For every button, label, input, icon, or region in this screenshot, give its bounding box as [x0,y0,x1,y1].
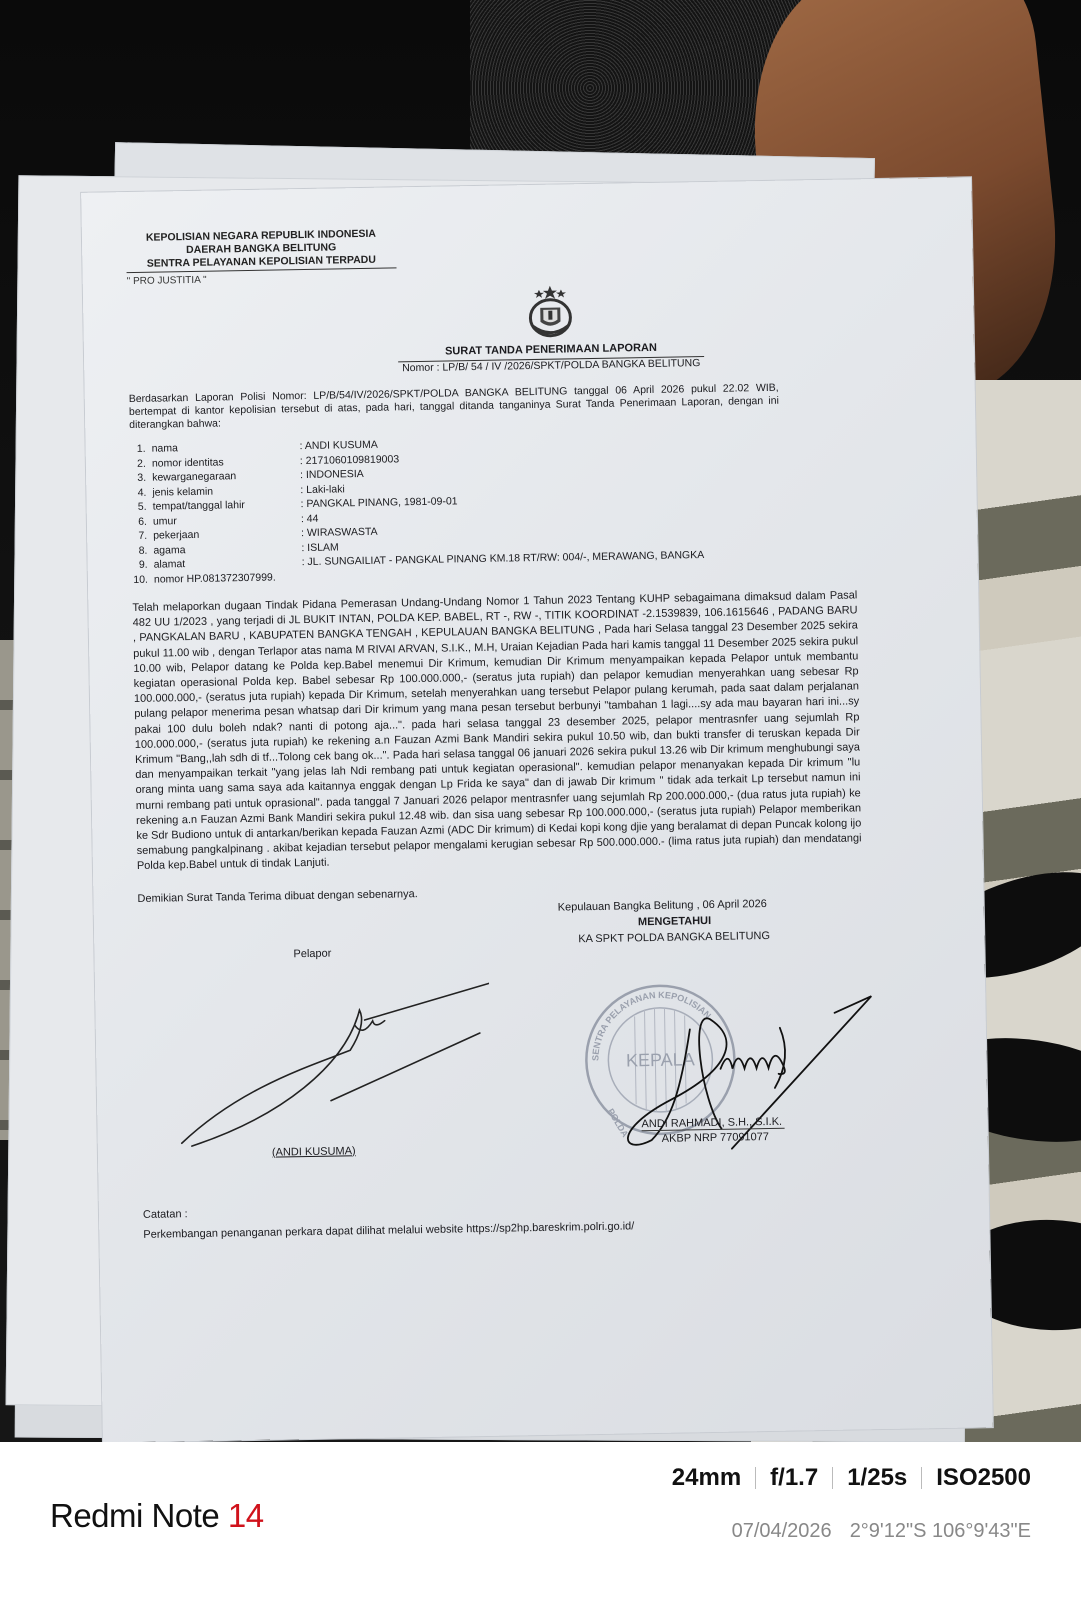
iso: ISO2500 [936,1464,1031,1492]
capture-metadata: 07/04/2026 2°9'12"S 106°9'43"E [732,1520,1031,1543]
field-label: alamat [154,556,302,571]
aperture: f/1.7 [770,1464,818,1492]
camera-brand: Redmi Note 14 [50,1497,264,1535]
latitude: 2°9'12"S [850,1520,927,1542]
field-number: 1. [130,443,152,455]
field-label: nama [152,440,300,455]
officer-title: KA SPKT POLDA BANGKA BELITUNG [578,930,770,945]
divider [755,1467,756,1489]
divider [832,1467,833,1489]
reporter-identity-list: 1.nama: ANDI KUSUMA2.nomor identitas: 21… [130,428,938,587]
field-number: 2. [130,457,152,469]
longitude: 106°9'43"E [932,1520,1031,1542]
capture-date: 07/04/2026 [732,1520,832,1543]
field-label: pekerjaan [153,527,301,542]
field-number: 10. [132,573,154,585]
document-title-block: SURAT TANDA PENERIMAAN LAPORAN Nomor : L… [148,337,954,381]
officer-name: ANDI RAHMADI, S.H., S.I.K. [641,1115,784,1130]
place-and-date: Kepulauan Bangka Belitung , 06 April 202… [558,898,767,914]
signature-area: Kepulauan Bangka Belitung , 06 April 202… [138,895,949,1209]
incident-description: Telah melaporkan dugaan Tindak Pidana Pe… [132,588,862,874]
field-number: 9. [132,559,154,571]
exif-info: 24mm f/1.7 1/25s ISO2500 [672,1464,1031,1492]
field-label: umur [153,513,301,528]
field-number: 6. [131,515,153,527]
shutter-speed: 1/25s [847,1464,907,1492]
field-label: nomor identitas [152,455,300,470]
field-number: 4. [130,486,152,498]
paper-stack: KEPOLISIAN NEGARA REPUBLIK INDONESIA DAE… [22,150,1012,1440]
letterhead: KEPOLISIAN NEGARA REPUBLIK INDONESIA DAE… [126,227,397,273]
document-number: Nomor : LP/B/ 54 / IV /2026/SPKT/POLDA B… [398,356,704,374]
camera-watermark: Redmi Note 14 24mm f/1.7 1/25s ISO2500 0… [0,1442,1081,1600]
field-label: tempat/tanggal lahir [153,498,301,513]
field-label: jenis kelamin [152,484,300,499]
polri-emblem-icon [520,285,581,340]
field-label: kewarganegaraan [152,469,300,484]
divider [921,1467,922,1489]
focal-length: 24mm [672,1464,741,1492]
officer-rank-nrp: AKBP NRP 77091077 [662,1131,769,1145]
reporter-signature-icon [159,973,492,1149]
field-label: nomor HP. [154,573,203,586]
field-number: 8. [131,544,153,556]
photo: KEPOLISIAN NEGARA REPUBLIK INDONESIA DAE… [0,0,1081,1442]
reporter-label: Pelapor [293,947,331,960]
acknowledged-label: MENGETAHUI [638,915,711,928]
field-label: agama [153,542,301,557]
report-document: KEPOLISIAN NEGARA REPUBLIK INDONESIA DAE… [81,177,993,1442]
camera-brand-name: Redmi Note [50,1497,219,1534]
field-number: 5. [131,501,153,513]
field-number: 3. [130,472,152,484]
gps-coordinates: 2°9'12"S 106°9'43"E [850,1520,1031,1543]
intro-paragraph: Berdasarkan Laporan Polisi Nomor: LP/B/5… [129,382,780,432]
camera-model-number: 14 [228,1497,264,1534]
field-number: 7. [131,530,153,542]
reporter-name: (ANDI KUSUMA) [272,1145,356,1158]
